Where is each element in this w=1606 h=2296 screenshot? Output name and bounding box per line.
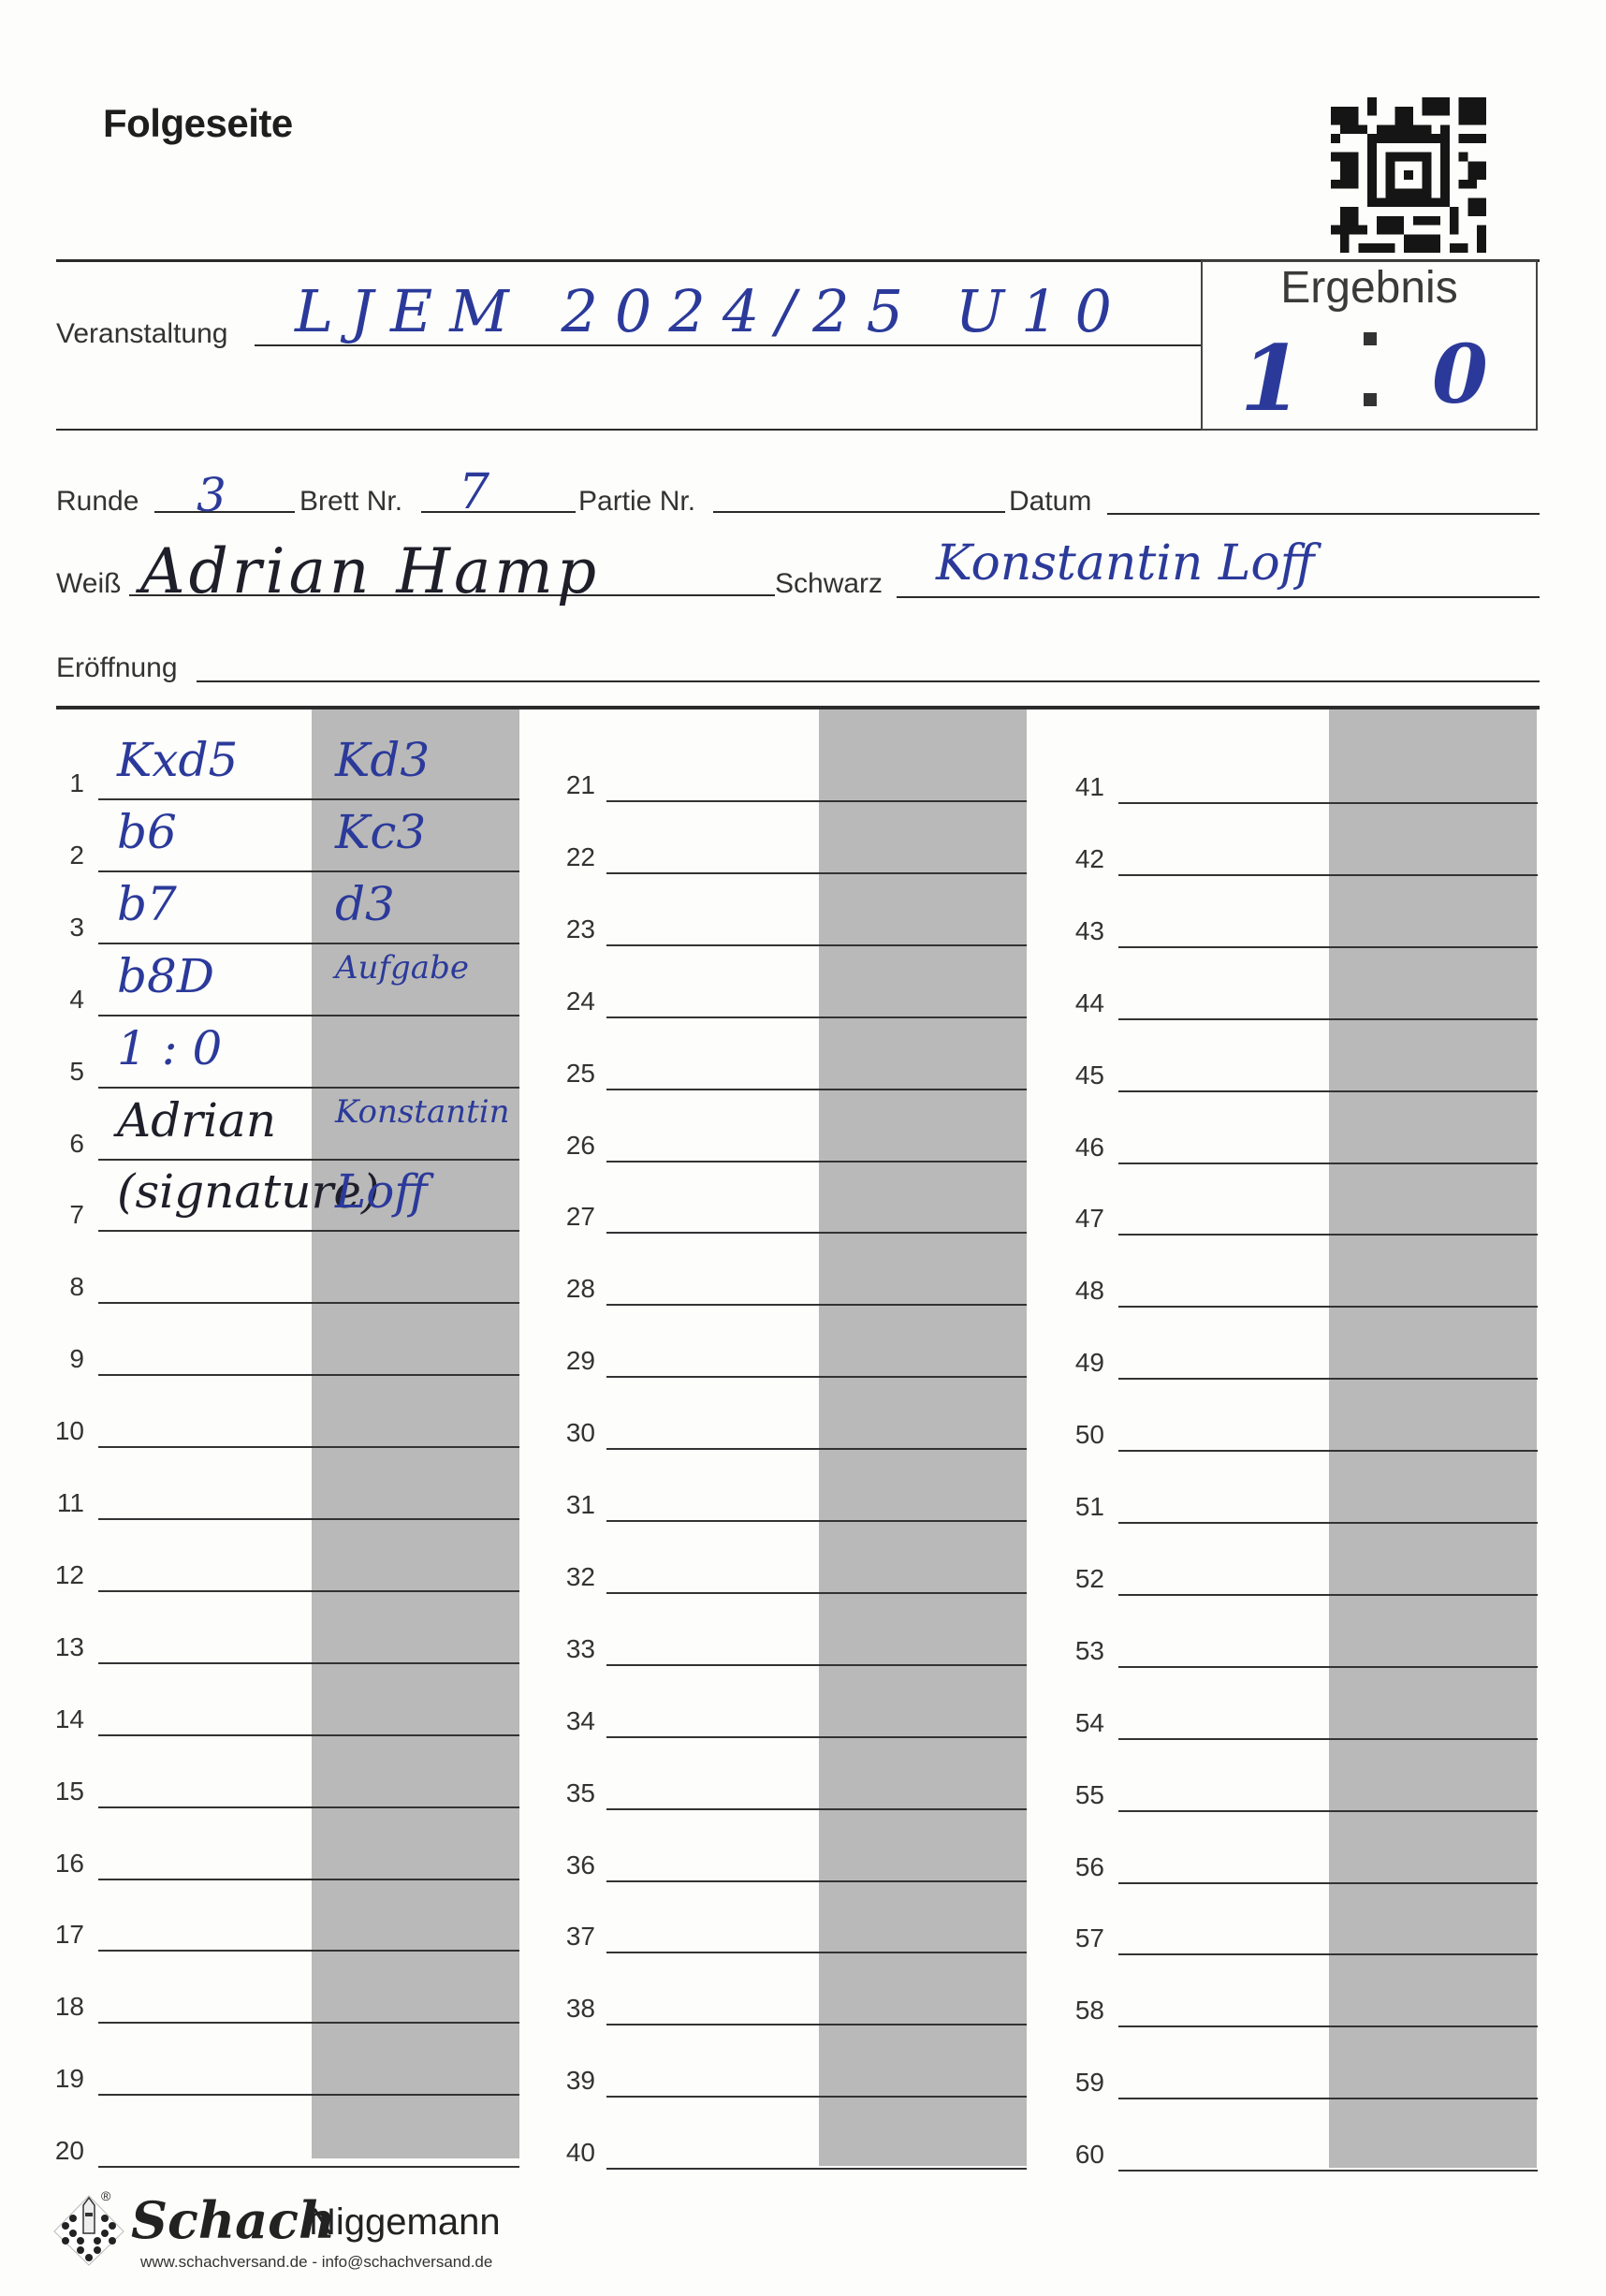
move-number: 39 (550, 2066, 595, 2096)
black-move-field[interactable]: Loff (335, 1164, 428, 1219)
move-row-line (1118, 1018, 1538, 1020)
move-number: 32 (550, 1562, 595, 1592)
move-number: 47 (1059, 1204, 1104, 1234)
move-row-line (1118, 1882, 1538, 1884)
move-number: 17 (39, 1920, 84, 1950)
move-row-line (98, 1374, 519, 1376)
move-row-line (98, 1230, 519, 1232)
move-row-line (98, 798, 519, 800)
move-row-line (606, 1808, 1027, 1810)
registered-mark: ® (101, 2188, 110, 2203)
round-field[interactable]: 3 (197, 468, 226, 522)
move-number: 15 (39, 1777, 84, 1806)
board-field[interactable]: 7 (459, 464, 489, 520)
move-number: 46 (1059, 1133, 1104, 1163)
move-row-line (1118, 1234, 1538, 1236)
move-row-line (1118, 1450, 1538, 1452)
move-number: 48 (1059, 1276, 1104, 1306)
move-row-line (1118, 1594, 1538, 1596)
move-number: 57 (1059, 1923, 1104, 1953)
move-number: 60 (1059, 2140, 1104, 2170)
opening-label: Eröffnung (56, 652, 178, 684)
move-row-line (606, 1448, 1027, 1450)
move-row-line (98, 2166, 519, 2168)
move-number: 5 (39, 1057, 84, 1087)
move-number: 19 (39, 2064, 84, 2094)
move-number: 2 (39, 841, 84, 870)
move-number: 42 (1059, 844, 1104, 874)
move-number: 41 (1059, 772, 1104, 802)
move-row-line (606, 2168, 1027, 2170)
move-row-line (98, 1015, 519, 1016)
black-moves-shade-col3 (1329, 709, 1537, 2168)
move-number: 45 (1059, 1060, 1104, 1090)
move-number: 6 (39, 1129, 84, 1159)
move-row-line (98, 2022, 519, 2024)
move-row-line (98, 1879, 519, 1880)
white-move-field[interactable]: b7 (117, 877, 177, 931)
move-number: 50 (1059, 1420, 1104, 1450)
move-number: 10 (39, 1416, 84, 1446)
move-number: 18 (39, 1992, 84, 2022)
game-field-line (713, 511, 1005, 513)
move-row-line (606, 2096, 1027, 2098)
move-row-line (98, 1806, 519, 1808)
move-number: 4 (39, 985, 84, 1015)
move-row-line (1118, 2025, 1538, 2027)
move-number: 3 (39, 913, 84, 943)
date-field-line (1107, 513, 1540, 515)
move-number: 58 (1059, 1996, 1104, 2025)
move-row-line (1118, 874, 1538, 876)
move-number: 54 (1059, 1708, 1104, 1738)
move-row-line (1118, 802, 1538, 804)
move-number: 9 (39, 1344, 84, 1374)
move-row-line (606, 1376, 1027, 1378)
move-row-line (606, 1880, 1027, 1882)
move-row-line (1118, 1378, 1538, 1380)
move-number: 33 (550, 1634, 595, 1664)
move-number: 12 (39, 1560, 84, 1590)
move-number: 40 (550, 2138, 595, 2168)
event-label: Veranstaltung (56, 318, 227, 350)
move-row-line (98, 1087, 519, 1089)
move-number: 23 (550, 914, 595, 944)
move-number: 7 (39, 1200, 84, 1230)
black-move-field[interactable]: Kc3 (335, 805, 426, 859)
chess-king-diamond-logo-icon (52, 2192, 125, 2267)
white-player-label: Weiß (56, 568, 121, 600)
footer-contact: www.schachversand.de - info@schachversan… (140, 2253, 492, 2272)
move-number: 25 (550, 1059, 595, 1089)
move-number: 59 (1059, 2068, 1104, 2098)
move-row-line (98, 1518, 519, 1520)
move-number: 53 (1059, 1636, 1104, 1666)
move-number: 38 (550, 1994, 595, 2024)
white-move-field[interactable]: Adrian (117, 1093, 276, 1148)
white-move-field[interactable]: b8D (117, 949, 214, 1003)
move-row-line (1118, 1163, 1538, 1164)
black-move-field[interactable]: Kd3 (335, 733, 430, 787)
white-move-field[interactable]: Kxd5 (117, 733, 238, 787)
move-number: 29 (550, 1346, 595, 1376)
move-row-line (1118, 1738, 1538, 1740)
move-number: 30 (550, 1418, 595, 1448)
move-number: 37 (550, 1922, 595, 1952)
move-number: 52 (1059, 1564, 1104, 1594)
move-row-line (1118, 2098, 1538, 2099)
move-row-line (98, 2094, 519, 2096)
black-move-field[interactable]: d3 (335, 877, 395, 931)
move-number: 11 (39, 1488, 84, 1518)
footer-brand-script: Schach (131, 2190, 335, 2250)
result-box: Ergebnis 1 0 (1201, 260, 1538, 431)
move-number: 26 (550, 1131, 595, 1161)
black-player-field[interactable]: Konstantin Loff (936, 535, 1315, 592)
black-player-label: Schwarz (775, 568, 883, 600)
move-row-line (606, 1592, 1027, 1594)
black-player-field-line (897, 596, 1540, 598)
date-label: Datum (1009, 486, 1091, 518)
move-row-line (1118, 1522, 1538, 1524)
move-number: 28 (550, 1274, 595, 1304)
move-row-line (606, 944, 1027, 946)
event-separator-rule (56, 429, 1203, 431)
page-title: Folgeseite (103, 101, 293, 146)
move-number: 35 (550, 1778, 595, 1808)
move-row-line (606, 1161, 1027, 1163)
move-number: 8 (39, 1272, 84, 1302)
move-row-line (98, 1302, 519, 1304)
event-field[interactable]: LJEM 2024/25 U10 (295, 277, 1129, 345)
board-label: Brett Nr. (299, 486, 402, 518)
move-row-line (606, 1736, 1027, 1738)
move-number: 14 (39, 1704, 84, 1734)
move-row-line (98, 870, 519, 872)
footer-brand-name: Niggemann (309, 2201, 501, 2244)
move-number: 20 (39, 2136, 84, 2166)
move-number: 24 (550, 987, 595, 1016)
move-number: 1 (39, 768, 84, 798)
move-row-line (98, 1159, 519, 1161)
white-player-field[interactable]: Adrian Hamp (140, 535, 600, 607)
move-number: 49 (1059, 1348, 1104, 1378)
move-row-line (606, 1016, 1027, 1018)
result-colon-top (1364, 332, 1377, 345)
board-field-line (421, 511, 576, 513)
white-move-field[interactable]: b6 (117, 805, 177, 859)
move-row-line (98, 1590, 519, 1592)
move-row-line (1118, 1666, 1538, 1668)
move-row-line (606, 2024, 1027, 2025)
move-number: 51 (1059, 1492, 1104, 1522)
round-label: Runde (56, 486, 139, 518)
opening-field-line (197, 680, 1540, 682)
result-colon-bottom (1364, 393, 1377, 406)
move-row-line (606, 1664, 1027, 1666)
move-row-line (1118, 1306, 1538, 1308)
move-row-line (606, 1089, 1027, 1090)
white-move-field[interactable]: (signature) (117, 1164, 312, 1219)
move-number: 16 (39, 1849, 84, 1879)
move-number: 44 (1059, 988, 1104, 1018)
move-row-line (606, 1304, 1027, 1306)
result-label: Ergebnis (1203, 262, 1536, 314)
black-moves-shade-col2 (819, 709, 1027, 2166)
move-row-line (1118, 1810, 1538, 1812)
move-number: 55 (1059, 1780, 1104, 1810)
move-row-line (1118, 1953, 1538, 1955)
move-number: 56 (1059, 1852, 1104, 1882)
move-row-line (606, 1232, 1027, 1234)
move-row-line (98, 1734, 519, 1736)
move-row-line (1118, 1090, 1538, 1092)
move-row-line (606, 872, 1027, 874)
result-white-score[interactable]: 1 (1240, 326, 1303, 431)
moves-top-rule (56, 706, 1540, 709)
move-number: 27 (550, 1202, 595, 1232)
white-move-field[interactable]: 1 : 0 (117, 1021, 222, 1075)
move-number: 31 (550, 1490, 595, 1520)
qr-code-icon (1331, 97, 1486, 253)
black-move-field[interactable]: Konstantin (335, 1093, 510, 1131)
move-row-line (606, 800, 1027, 802)
move-number: 36 (550, 1850, 595, 1880)
move-number: 22 (550, 842, 595, 872)
move-row-line (606, 1520, 1027, 1522)
move-row-line (98, 1446, 519, 1448)
move-row-line (98, 1662, 519, 1664)
move-row-line (98, 943, 519, 944)
move-number: 13 (39, 1632, 84, 1662)
black-move-field[interactable]: Aufgabe (335, 949, 469, 987)
move-number: 21 (550, 770, 595, 800)
move-number: 34 (550, 1706, 595, 1736)
move-row-line (1118, 2170, 1538, 2172)
game-label: Partie Nr. (578, 486, 695, 518)
result-black-score[interactable]: 0 (1432, 328, 1488, 422)
move-number: 43 (1059, 916, 1104, 946)
move-row-line (98, 1950, 519, 1952)
move-row-line (1118, 946, 1538, 948)
move-row-line (606, 1952, 1027, 1953)
